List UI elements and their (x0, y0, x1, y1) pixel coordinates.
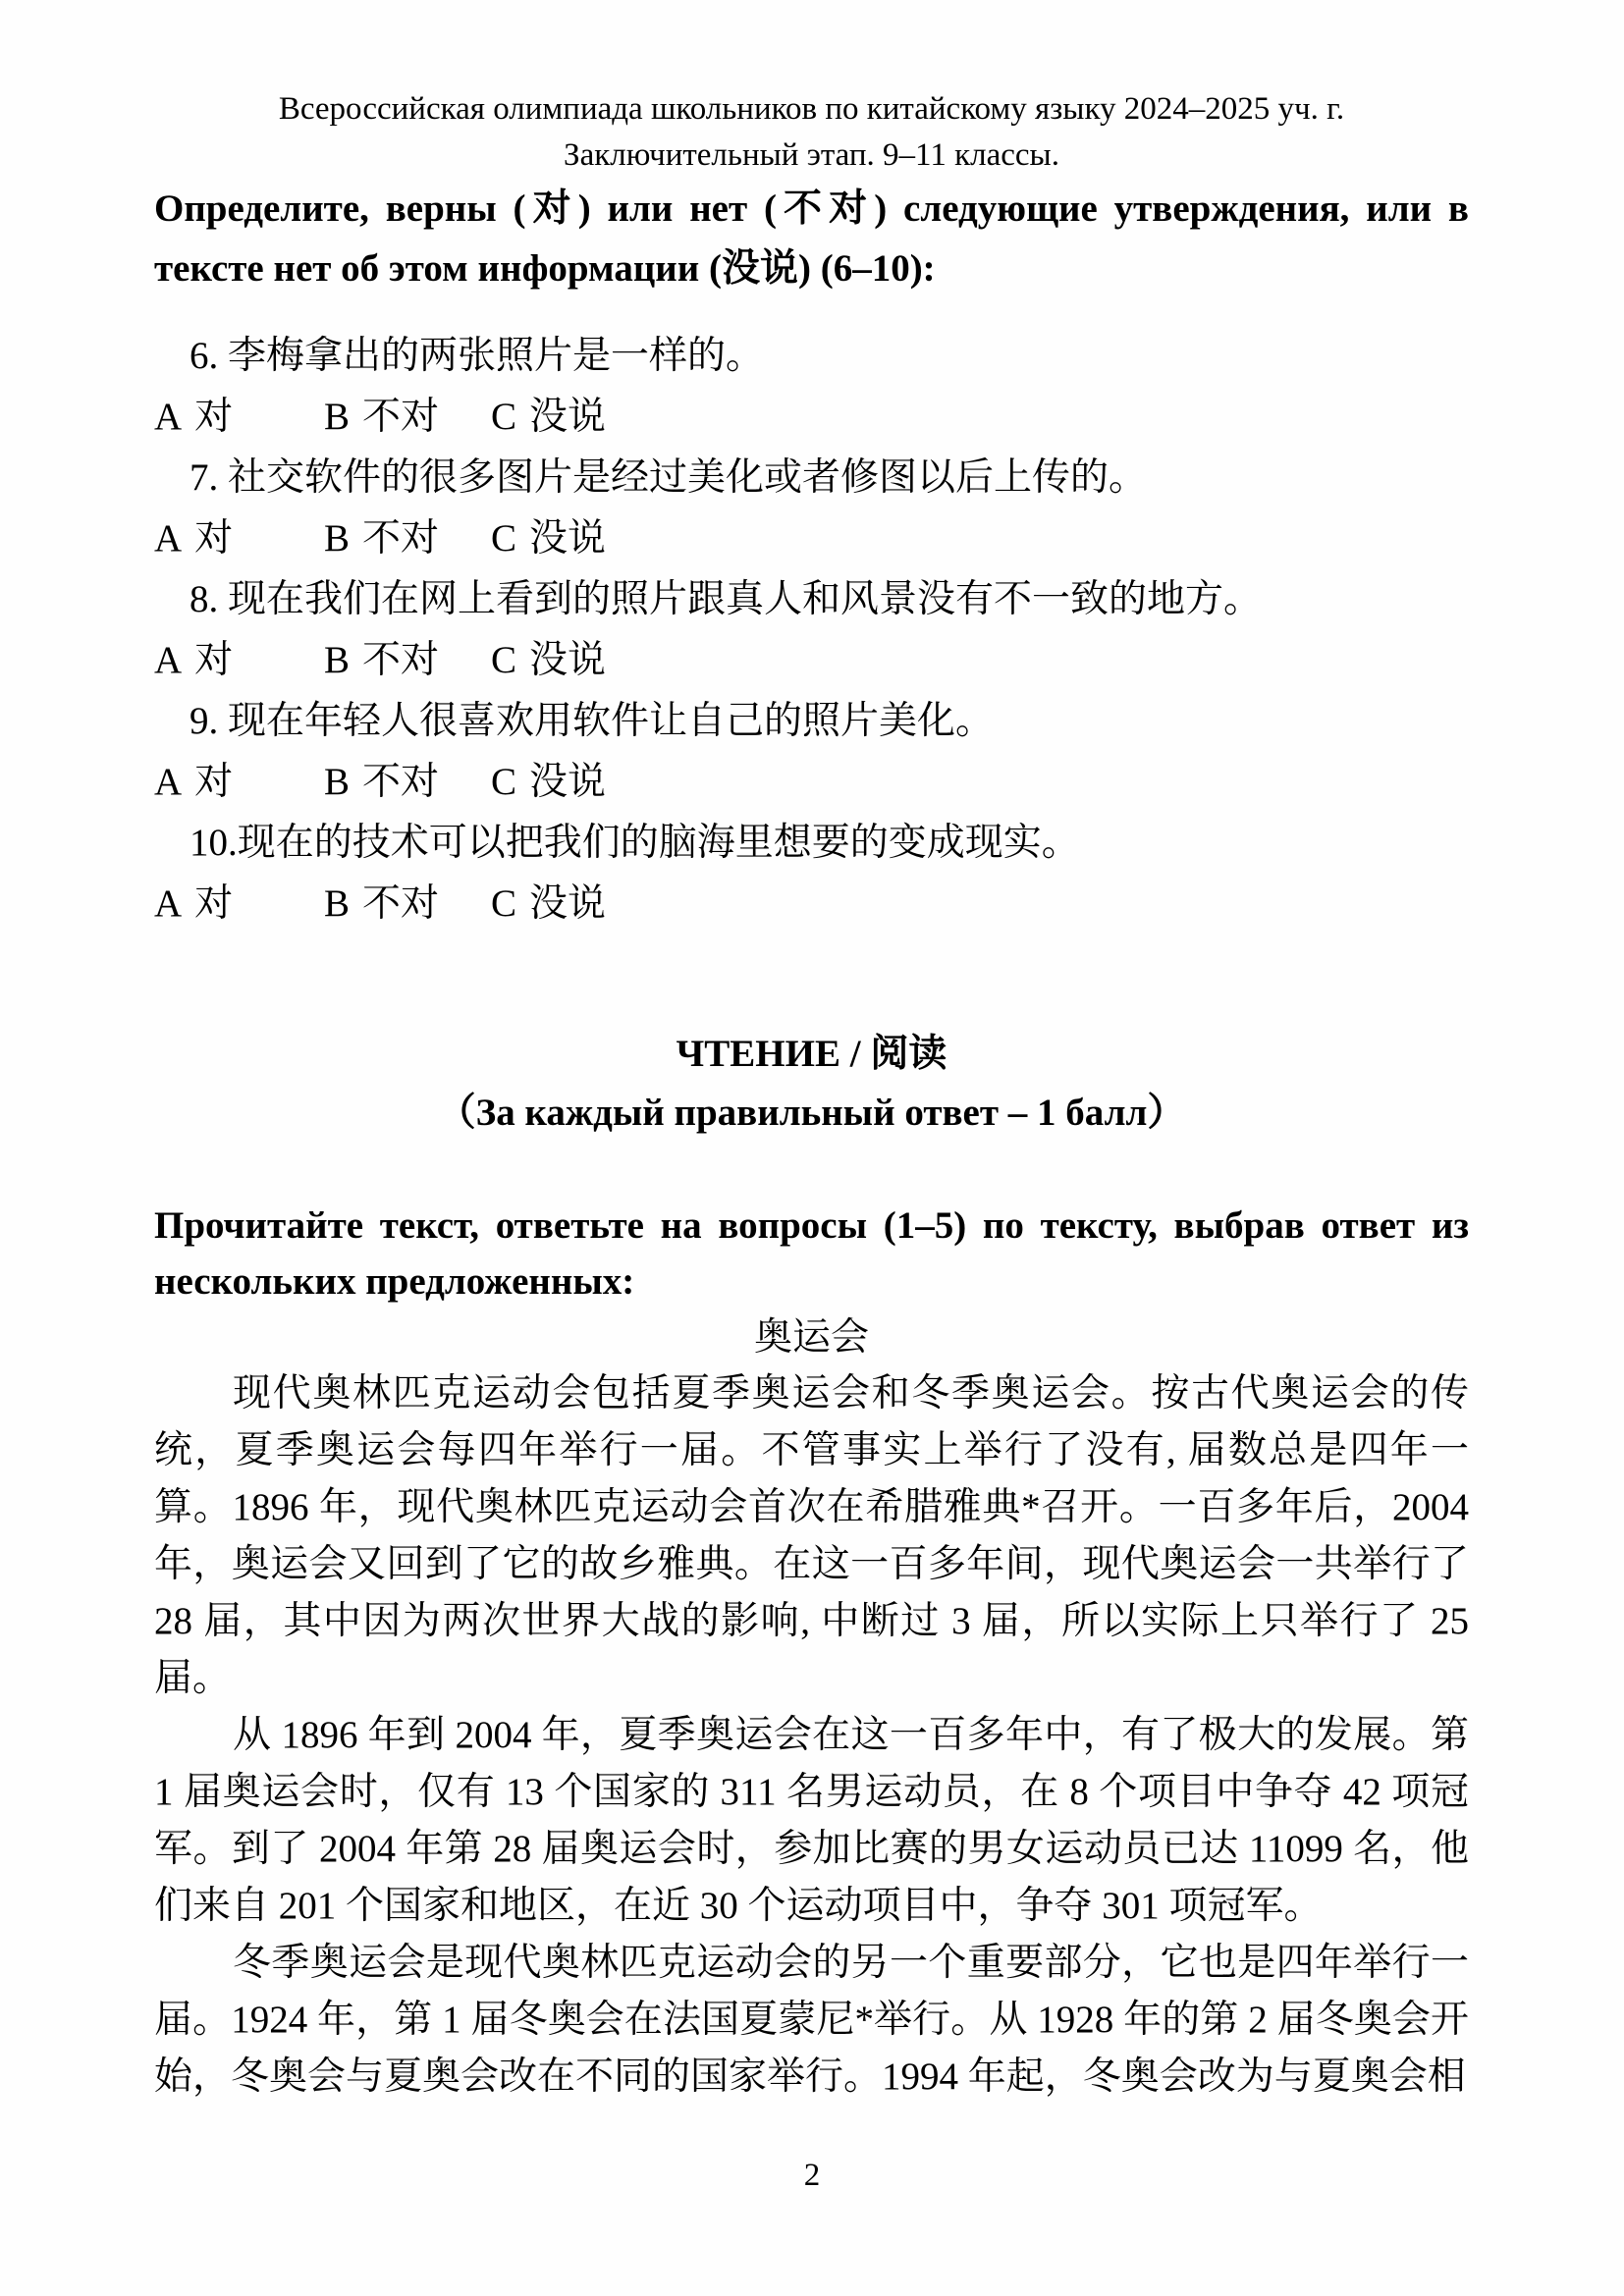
option-label: 对 (194, 396, 233, 438)
option-letter: B (324, 396, 350, 438)
question-7-options: A对B不对C没说 (154, 508, 1469, 569)
reading-instruction: Прочитайте текст, ответьте на вопросы (1… (154, 1198, 1469, 1309)
option-b: B不对 (324, 508, 491, 569)
option-c: C没说 (491, 874, 606, 934)
option-label: 对 (194, 761, 233, 803)
option-label: 不对 (362, 882, 439, 925)
passage: 现代奥林匹克运动会包括夏季奥运会和冬季奥运会。按古代奥运会的传统，夏季奥运会每四… (154, 1365, 1469, 2106)
option-letter: C (491, 517, 516, 560)
option-letter: C (491, 639, 516, 681)
option-letter: A (154, 761, 182, 803)
option-letter: C (491, 882, 516, 925)
option-a: A对 (154, 630, 324, 691)
option-label: 不对 (362, 396, 439, 438)
option-letter: B (324, 517, 350, 560)
option-c: C没说 (491, 387, 606, 448)
option-label: 没说 (529, 639, 606, 681)
option-letter: A (154, 517, 182, 560)
question-8-options: A对B不对C没说 (154, 630, 1469, 691)
option-letter: B (324, 882, 350, 925)
reading-section-subtitle: （За каждый правильный ответ – 1 балл） (154, 1084, 1469, 1143)
option-letter: A (154, 882, 182, 925)
header-line-1: Всероссийская олимпиада школьников по ки… (154, 86, 1469, 133)
question-9: 9. 现在年轻人很喜欢用软件让自己的照片美化。 (154, 691, 1469, 752)
option-label: 不对 (362, 517, 439, 560)
question-10-options: A对B不对C没说 (154, 874, 1469, 934)
true-false-questions: 6. 李梅拿出的两张照片是一样的。 A对B不对C没说 7. 社交软件的很多图片是… (154, 326, 1469, 934)
passage-paragraph-2: 从 1896 年到 2004 年，夏季奥运会在这一百多年中，有了极大的发展。第 … (154, 1707, 1469, 1935)
option-b: B不对 (324, 630, 491, 691)
passage-paragraph-1: 现代奥林匹克运动会包括夏季奥运会和冬季奥运会。按古代奥运会的传统，夏季奥运会每四… (154, 1365, 1469, 1707)
option-c: C没说 (491, 752, 606, 813)
option-label: 没说 (529, 761, 606, 803)
option-a: A对 (154, 874, 324, 934)
option-letter: A (154, 639, 182, 681)
option-label: 没说 (529, 396, 606, 438)
option-c: C没说 (491, 508, 606, 569)
reading-section-title: ЧТЕНИЕ / 阅读 (154, 1025, 1469, 1084)
question-7: 7. 社交软件的很多图片是经过美化或者修图以后上传的。 (154, 448, 1469, 508)
question-9-options: A对B不对C没说 (154, 752, 1469, 813)
question-6: 6. 李梅拿出的两张照片是一样的。 (154, 326, 1469, 387)
option-letter: A (154, 396, 182, 438)
option-letter: B (324, 639, 350, 681)
document-header: Всероссийская олимпиада школьников по ки… (154, 86, 1469, 179)
option-letter: C (491, 761, 516, 803)
option-b: B不对 (324, 752, 491, 813)
page-number: 2 (0, 2156, 1624, 2195)
question-10: 10.现在的技术可以把我们的脑海里想要的变成现实。 (154, 813, 1469, 874)
header-line-2: Заключительный этап. 9–11 классы. (154, 133, 1469, 179)
passage-paragraph-3: 冬季奥运会是现代奥林匹克运动会的另一个重要部分，它也是四年举行一届。1924 年… (154, 1935, 1469, 2106)
option-label: 对 (194, 882, 233, 925)
option-c: C没说 (491, 630, 606, 691)
true-false-instruction: Определите, верны (对) или нет (不对) следу… (154, 179, 1469, 298)
option-letter: C (491, 396, 516, 438)
question-8: 8. 现在我们在网上看到的照片跟真人和风景没有不一致的地方。 (154, 569, 1469, 630)
question-6-options: A对B不对C没说 (154, 387, 1469, 448)
option-b: B不对 (324, 874, 491, 934)
option-label: 不对 (362, 761, 439, 803)
option-label: 没说 (529, 517, 606, 560)
option-a: A对 (154, 387, 324, 448)
option-letter: B (324, 761, 350, 803)
option-label: 对 (194, 517, 233, 560)
option-label: 没说 (529, 882, 606, 925)
option-label: 对 (194, 639, 233, 681)
option-a: A对 (154, 752, 324, 813)
option-a: A对 (154, 508, 324, 569)
passage-title: 奥运会 (154, 1309, 1469, 1365)
option-b: B不对 (324, 387, 491, 448)
document-page: Всероссийская олимпиада школьников по ки… (0, 0, 1624, 2296)
option-label: 不对 (362, 639, 439, 681)
